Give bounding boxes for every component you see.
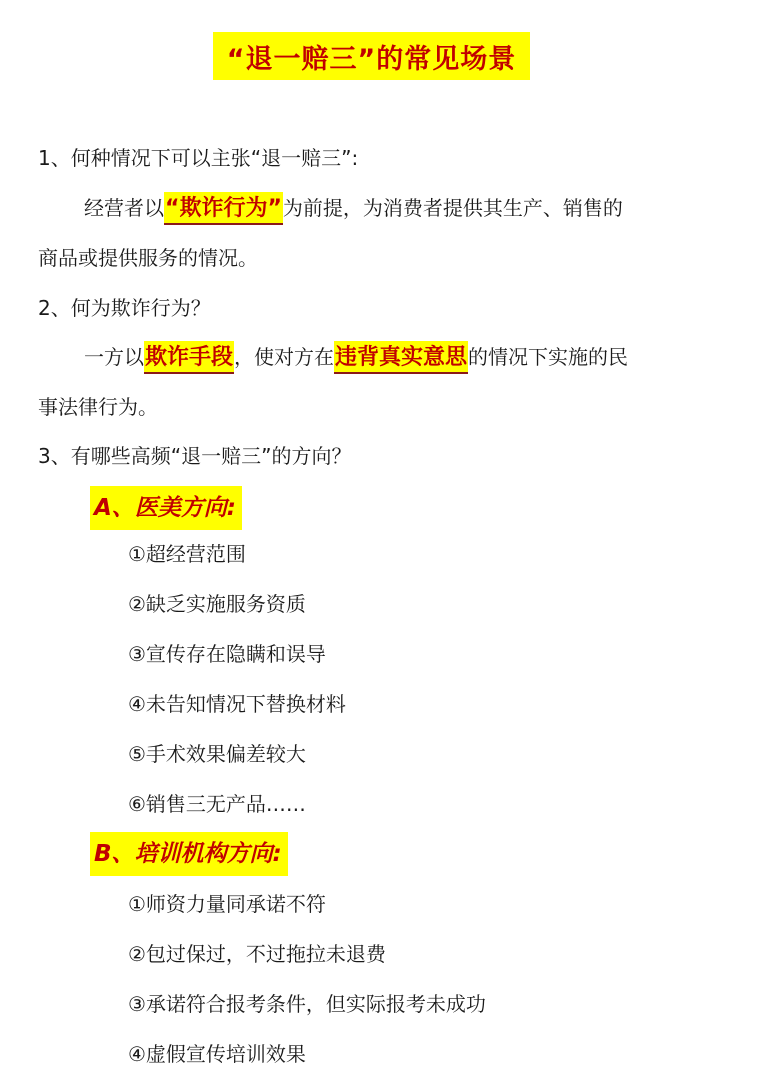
q2-body-pre: 一方以 — [84, 345, 144, 369]
q1-highlight-fraud-behavior: “欺诈行为” — [164, 192, 283, 225]
q1-body-pre: 经营者以 — [84, 196, 164, 220]
question-3-heading: 3、有哪些高频“退一赔三”的方向？ — [38, 442, 351, 470]
section-a-item: ⑤手术效果偏差较大 — [128, 740, 306, 768]
section-b-item: ①师资力量同承诺不符 — [128, 890, 326, 918]
section-b-item: ②包过保过，不过拖拉未退费 — [128, 940, 386, 968]
q2-highlight-fraud-means: 欺诈手段 — [144, 341, 234, 374]
section-b-heading: B、培训机构方向: — [90, 832, 288, 876]
q2-body-post: 的情况下实施的民 — [468, 345, 628, 369]
section-a-heading: A、医美方向: — [90, 486, 242, 530]
section-b-item: ④虚假宣传培训效果 — [128, 1040, 306, 1068]
question-1-heading: 1、何种情况下可以主张“退一赔三”: — [38, 144, 358, 172]
question-2-body: 一方以欺诈手段，使对方在违背真实意思的情况下实施的民 — [84, 343, 628, 372]
section-a-item: ③宣传存在隐瞒和误导 — [128, 640, 326, 668]
page-title: “退一赔三”的常见场景 — [227, 37, 517, 76]
q2-body-mid: ，使对方在 — [234, 345, 334, 369]
section-b-item: ③承诺符合报考条件，但实际报考未成功 — [128, 990, 486, 1018]
section-a-item: ②缺乏实施服务资质 — [128, 590, 306, 618]
title-banner: “退一赔三”的常见场景 — [213, 32, 530, 80]
section-a-item: ①超经营范围 — [128, 540, 246, 568]
question-1-body: 经营者以“欺诈行为”为前提，为消费者提供其生产、销售的 — [84, 194, 623, 223]
q2-highlight-against-will: 违背真实意思 — [334, 341, 468, 374]
section-a-item: ⑥销售三无产品…… — [128, 790, 306, 818]
section-a-item: ④未告知情况下替换材料 — [128, 690, 346, 718]
question-1-body-line2: 商品或提供服务的情况。 — [38, 244, 258, 272]
q1-body-post: 为前提，为消费者提供其生产、销售的 — [283, 196, 623, 220]
question-2-heading: 2、何为欺诈行为？ — [38, 294, 211, 322]
question-2-body-line2: 事法律行为。 — [38, 393, 158, 421]
